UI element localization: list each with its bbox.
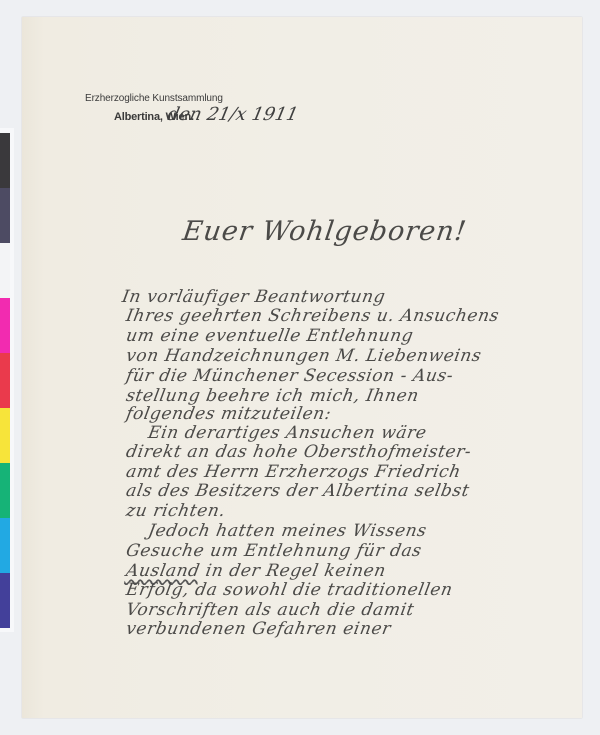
- color-patch-magenta: [0, 298, 10, 353]
- color-patch-slate: [0, 188, 10, 243]
- letter-line: folgendes mitzuteilen:: [124, 404, 332, 424]
- letter-line: Gesuche um Entlehnung für das: [124, 541, 423, 561]
- handwritten-date: den 21/x 1911: [166, 104, 301, 125]
- letter-line: verbundenen Gefahren einer: [124, 619, 392, 639]
- color-patch-yellow: [0, 408, 10, 463]
- letter-line: Ihres geehrten Schreibens u. Ansuchens: [124, 306, 500, 326]
- salutation: Euer Wohlgeboren!: [181, 216, 469, 247]
- letter-line: für die Münchener Secession - Aus-: [124, 366, 454, 386]
- letter-line: um eine eventuelle Entlehnung: [124, 326, 415, 346]
- letter-line: Vorschriften als auch die damit: [124, 600, 415, 620]
- letter-line: Ausland in der Regel keinen: [124, 561, 387, 581]
- color-patch-dark-gray: [0, 133, 10, 188]
- letterhead-organization: Erzherzogliche Kunstsammlung: [85, 93, 223, 104]
- color-patch-cyan: [0, 518, 10, 573]
- underlined-word: Ausland: [124, 561, 201, 581]
- letter-line: als des Besitzers der Albertina selbst: [124, 481, 471, 501]
- color-patch-indigo: [0, 573, 10, 628]
- letter-line: amt des Herrn Erzherzogs Friedrich: [124, 462, 462, 482]
- color-patch-red: [0, 353, 10, 408]
- letter-line: von Handzeichnungen M. Liebenweins: [124, 346, 483, 366]
- letter-line: direkt an das hohe Oberst­hofmeister-: [124, 442, 473, 462]
- letter-line: Erfolg, da sowohl die traditionellen: [124, 580, 454, 600]
- color-patch-white: [0, 243, 10, 298]
- letter-line: Ein derartiges Ansuchen wäre: [146, 423, 428, 443]
- letter-line: zu richten.: [124, 501, 227, 521]
- letter-line: stellung beehre ich mich, Ihnen: [124, 386, 420, 406]
- letter-line: In vorläufiger Beantwortung: [120, 287, 386, 307]
- letter-line: Jedoch hatten meines Wissens: [146, 521, 428, 541]
- color-patch-green: [0, 463, 10, 518]
